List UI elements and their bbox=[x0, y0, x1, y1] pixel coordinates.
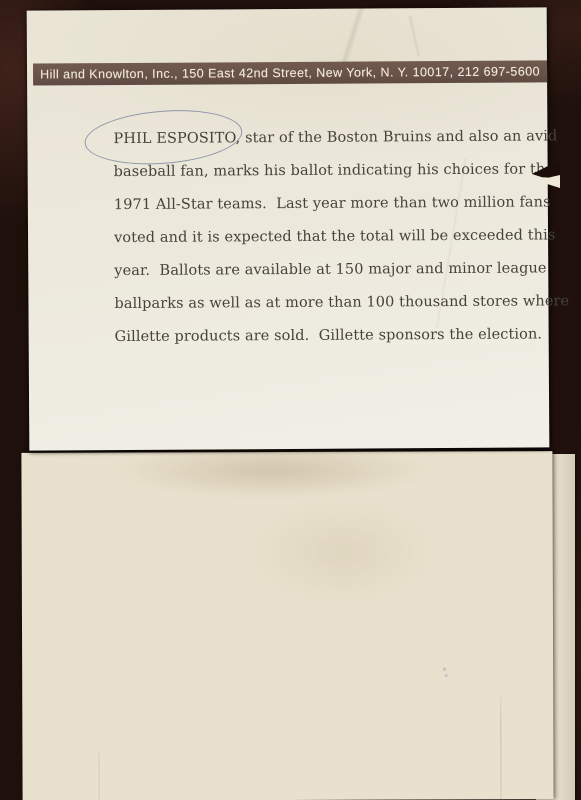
vertical-crease bbox=[500, 689, 501, 799]
caption-line: 1971 All-Star teams. Last year more than… bbox=[114, 194, 569, 230]
crop-arrow-icon bbox=[530, 159, 562, 191]
photo-background: Hill and Knowlton, Inc., 150 East 42nd S… bbox=[0, 0, 581, 800]
blue-ink-mark bbox=[440, 664, 451, 680]
arrow-dark-wedge bbox=[532, 160, 560, 178]
caption-line: Gillette products are sold. Gillette spo… bbox=[115, 326, 570, 362]
letterhead-bar: Hill and Knowlton, Inc., 150 East 42nd S… bbox=[33, 60, 547, 85]
caption-line: voted and it is expected that the total … bbox=[114, 227, 569, 263]
caption-line: baseball fan, marks his ballot indicatin… bbox=[114, 161, 569, 197]
caption-line: PHIL ESPOSITO, star of the Boston Bruins… bbox=[113, 128, 568, 164]
stain-smudge-center bbox=[212, 491, 473, 642]
blank-photo-back-sheet bbox=[21, 451, 553, 800]
vertical-crease-left bbox=[98, 753, 99, 800]
letterhead-text: Hill and Knowlton, Inc., 150 East 42nd S… bbox=[40, 64, 540, 81]
caption-line: year. Ballots are available at 150 major… bbox=[114, 260, 569, 296]
press-release-sheet: Hill and Knowlton, Inc., 150 East 42nd S… bbox=[27, 7, 550, 450]
caption-line: ballparks as well as at more than 100 th… bbox=[114, 293, 569, 329]
caption-paragraph: PHIL ESPOSITO, star of the Boston Bruins… bbox=[113, 128, 569, 362]
paper-crease bbox=[297, 15, 537, 56]
